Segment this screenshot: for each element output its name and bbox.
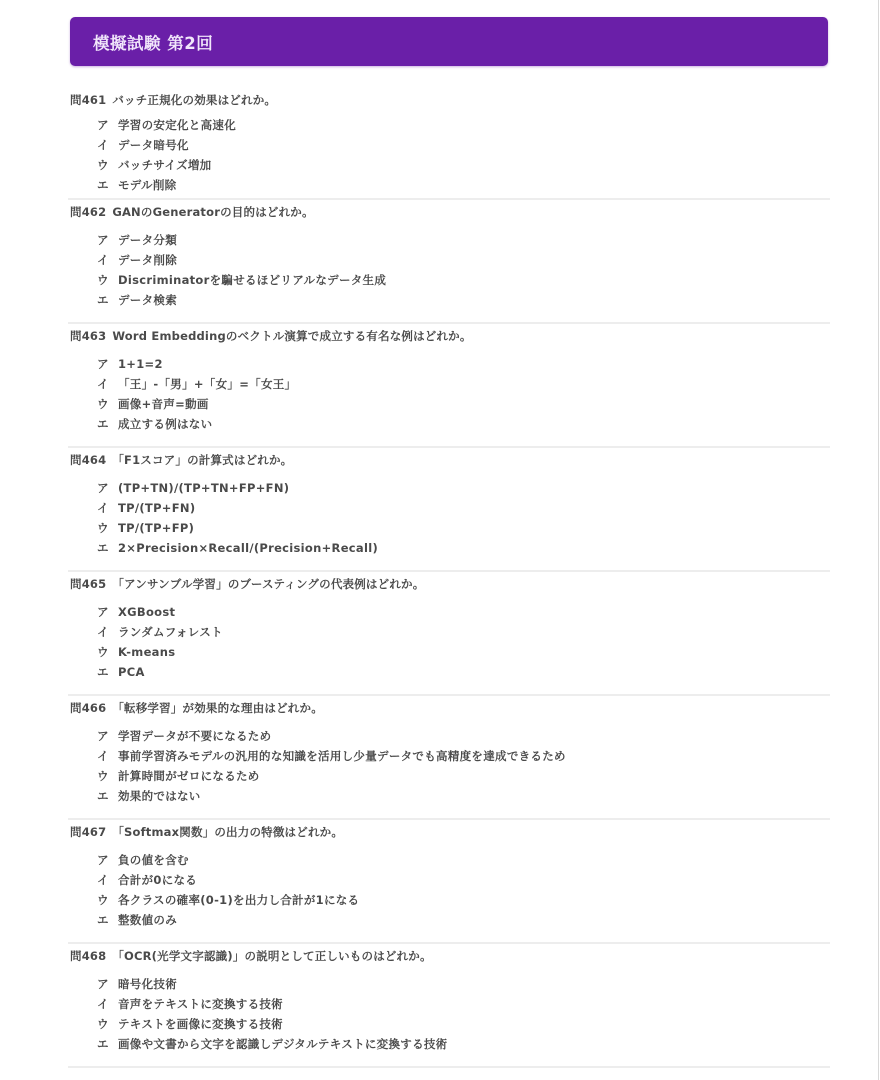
- option-u: ウバッチサイズ増加: [97, 155, 236, 175]
- option-text: 各クラスの確率(0-1)を出力し合計が1になる: [118, 890, 359, 910]
- exam-title: 模擬試験 第2回: [93, 30, 213, 54]
- question-number: 問467: [70, 825, 106, 839]
- option-text: 合計が0になる: [118, 870, 197, 890]
- option-i: イTP/(TP+FN): [97, 498, 378, 518]
- question-461: 問461バッチ正規化の効果はどれか。 ア学習の安定化と高速化 イデータ暗号化 ウ…: [68, 88, 830, 200]
- option-text: 2×Precision×Recall/(Precision+Recall): [118, 538, 378, 558]
- question-heading: 問464「F1スコア」の計算式はどれか。: [70, 452, 292, 468]
- option-text: 学習の安定化と高速化: [118, 115, 236, 135]
- question-number: 問464: [70, 453, 106, 467]
- option-marker: ウ: [97, 394, 118, 414]
- option-list: ア(TP+TN)/(TP+TN+FP+FN) イTP/(TP+FN) ウTP/(…: [97, 478, 378, 558]
- option-marker: エ: [97, 290, 118, 310]
- option-u: ウ各クラスの確率(0-1)を出力し合計が1になる: [97, 890, 359, 910]
- option-i: イ音声をテキストに変換する技術: [97, 994, 447, 1014]
- option-marker: イ: [97, 994, 118, 1014]
- option-i: イデータ暗号化: [97, 135, 236, 155]
- question-text: 「OCR(光学文字認識)」の説明として正しいものはどれか。: [112, 949, 431, 963]
- option-i: イ合計が0になる: [97, 870, 359, 890]
- question-462: 問462GANのGeneratorの目的はどれか。 アデータ分類 イデータ削除 …: [68, 200, 830, 324]
- option-e: エ整数値のみ: [97, 910, 359, 930]
- option-marker: ウ: [97, 890, 118, 910]
- exam-header-banner: 模擬試験 第2回: [70, 17, 828, 66]
- question-466: 問466「転移学習」が効果的な理由はどれか。 ア学習データが不要になるため イ事…: [68, 696, 830, 820]
- option-text: 1+1=2: [118, 354, 163, 374]
- option-i: イランダムフォレスト: [97, 622, 223, 642]
- option-e: エPCA: [97, 662, 223, 682]
- option-marker: エ: [97, 175, 118, 195]
- option-e: エデータ検索: [97, 290, 386, 310]
- option-a: ア暗号化技術: [97, 974, 447, 994]
- option-marker: ウ: [97, 518, 118, 538]
- question-468: 問468「OCR(光学文字認識)」の説明として正しいものはどれか。 ア暗号化技術…: [68, 944, 830, 1068]
- option-marker: エ: [97, 786, 118, 806]
- option-i: イ事前学習済みモデルの汎用的な知識を活用し少量データでも高精度を達成できるため: [97, 746, 566, 766]
- option-text: モデル削除: [118, 175, 176, 195]
- option-a: ア1+1=2: [97, 354, 296, 374]
- option-e: エ効果的ではない: [97, 786, 566, 806]
- option-u: ウTP/(TP+FP): [97, 518, 378, 538]
- option-e: エ2×Precision×Recall/(Precision+Recall): [97, 538, 378, 558]
- option-text: 画像や文書から文字を認識しデジタルテキストに変換する技術: [118, 1034, 447, 1054]
- option-text: PCA: [118, 662, 145, 682]
- option-text: 音声をテキストに変換する技術: [118, 994, 283, 1014]
- option-marker: エ: [97, 538, 118, 558]
- option-marker: ウ: [97, 642, 118, 662]
- option-text: 効果的ではない: [118, 786, 201, 806]
- option-marker: エ: [97, 414, 118, 434]
- option-marker: イ: [97, 622, 118, 642]
- option-marker: イ: [97, 870, 118, 890]
- option-i: イ「王」-「男」+「女」=「女王」: [97, 374, 296, 394]
- option-marker: ア: [97, 850, 118, 870]
- option-text: 成立する例はない: [118, 414, 212, 434]
- question-467: 問467「Softmax関数」の出力の特徴はどれか。 ア負の値を含む イ合計が0…: [68, 820, 830, 944]
- question-heading: 問461バッチ正規化の効果はどれか。: [70, 92, 276, 108]
- option-text: バッチサイズ増加: [118, 155, 211, 175]
- option-a: ア学習データが不要になるため: [97, 726, 566, 746]
- question-text: 「転移学習」が効果的な理由はどれか。: [112, 701, 323, 715]
- option-text: XGBoost: [118, 602, 175, 622]
- option-text: 暗号化技術: [118, 974, 177, 994]
- option-marker: イ: [97, 498, 118, 518]
- question-list: 問461バッチ正規化の効果はどれか。 ア学習の安定化と高速化 イデータ暗号化 ウ…: [68, 88, 830, 1068]
- question-465: 問465「アンサンブル学習」のブースティングの代表例はどれか。 アXGBoost…: [68, 572, 830, 696]
- question-text: Word Embeddingのベクトル演算で成立する有名な例はどれか。: [112, 329, 471, 343]
- option-list: ア1+1=2 イ「王」-「男」+「女」=「女王」 ウ画像+音声=動画 エ成立する…: [97, 354, 296, 434]
- question-text: 「F1スコア」の計算式はどれか。: [112, 453, 292, 467]
- question-number: 問466: [70, 701, 106, 715]
- option-marker: イ: [97, 374, 118, 394]
- option-list: ア学習の安定化と高速化 イデータ暗号化 ウバッチサイズ増加 エモデル削除: [97, 115, 236, 195]
- option-list: ア負の値を含む イ合計が0になる ウ各クラスの確率(0-1)を出力し合計が1にな…: [97, 850, 359, 930]
- option-marker: ア: [97, 726, 118, 746]
- question-heading: 問466「転移学習」が効果的な理由はどれか。: [70, 700, 323, 716]
- option-text: Discriminatorを騙せるほどリアルなデータ生成: [118, 270, 386, 290]
- option-marker: ウ: [97, 270, 118, 290]
- option-e: エモデル削除: [97, 175, 236, 195]
- option-text: TP/(TP+FN): [118, 498, 195, 518]
- option-marker: ア: [97, 974, 118, 994]
- question-heading: 問465「アンサンブル学習」のブースティングの代表例はどれか。: [70, 576, 424, 592]
- option-u: ウ画像+音声=動画: [97, 394, 296, 414]
- option-text: 「王」-「男」+「女」=「女王」: [118, 374, 296, 394]
- option-text: 計算時間がゼロになるため: [118, 766, 260, 786]
- option-list: ア学習データが不要になるため イ事前学習済みモデルの汎用的な知識を活用し少量デー…: [97, 726, 566, 806]
- option-a: ア(TP+TN)/(TP+TN+FP+FN): [97, 478, 378, 498]
- option-marker: ア: [97, 115, 118, 135]
- option-marker: イ: [97, 250, 118, 270]
- option-list: アデータ分類 イデータ削除 ウDiscriminatorを騙せるほどリアルなデー…: [97, 230, 386, 310]
- option-u: ウテキストを画像に変換する技術: [97, 1014, 447, 1034]
- option-text: データ検索: [118, 290, 177, 310]
- option-text: 整数値のみ: [118, 910, 177, 930]
- option-text: データ暗号化: [118, 135, 189, 155]
- option-e: エ画像や文書から文字を認識しデジタルテキストに変換する技術: [97, 1034, 447, 1054]
- option-marker: ア: [97, 602, 118, 622]
- question-464: 問464「F1スコア」の計算式はどれか。 ア(TP+TN)/(TP+TN+FP+…: [68, 448, 830, 572]
- question-text: 「アンサンブル学習」のブースティングの代表例はどれか。: [112, 577, 424, 591]
- option-text: TP/(TP+FP): [118, 518, 194, 538]
- option-e: エ成立する例はない: [97, 414, 296, 434]
- question-number: 問461: [70, 93, 106, 107]
- option-marker: エ: [97, 910, 118, 930]
- option-i: イデータ削除: [97, 250, 386, 270]
- question-heading: 問463Word Embeddingのベクトル演算で成立する有名な例はどれか。: [70, 328, 472, 344]
- option-text: ランダムフォレスト: [118, 622, 223, 642]
- option-a: アXGBoost: [97, 602, 223, 622]
- option-text: 事前学習済みモデルの汎用的な知識を活用し少量データでも高精度を達成できるため: [118, 746, 566, 766]
- option-text: データ削除: [118, 250, 177, 270]
- option-marker: ア: [97, 354, 118, 374]
- option-u: ウ計算時間がゼロになるため: [97, 766, 566, 786]
- option-text: 負の値を含む: [118, 850, 189, 870]
- question-text: 「Softmax関数」の出力の特徴はどれか。: [112, 825, 343, 839]
- question-number: 問465: [70, 577, 106, 591]
- option-marker: イ: [97, 746, 118, 766]
- option-text: 画像+音声=動画: [118, 394, 209, 414]
- option-u: ウDiscriminatorを騙せるほどリアルなデータ生成: [97, 270, 386, 290]
- question-number: 問468: [70, 949, 106, 963]
- question-heading: 問462GANのGeneratorの目的はどれか。: [70, 204, 314, 220]
- question-text: GANのGeneratorの目的はどれか。: [112, 205, 313, 219]
- option-marker: ウ: [97, 1014, 118, 1034]
- option-text: (TP+TN)/(TP+TN+FP+FN): [118, 478, 289, 498]
- option-text: テキストを画像に変換する技術: [118, 1014, 283, 1034]
- question-heading: 問467「Softmax関数」の出力の特徴はどれか。: [70, 824, 343, 840]
- question-463: 問463Word Embeddingのベクトル演算で成立する有名な例はどれか。 …: [68, 324, 830, 448]
- question-number: 問462: [70, 205, 106, 219]
- option-text: K-means: [118, 642, 175, 662]
- option-marker: エ: [97, 662, 118, 682]
- option-list: アXGBoost イランダムフォレスト ウK-means エPCA: [97, 602, 223, 682]
- option-marker: ウ: [97, 155, 118, 175]
- option-marker: ア: [97, 478, 118, 498]
- option-marker: エ: [97, 1034, 118, 1054]
- option-list: ア暗号化技術 イ音声をテキストに変換する技術 ウテキストを画像に変換する技術 エ…: [97, 974, 447, 1054]
- option-text: データ分類: [118, 230, 177, 250]
- option-a: ア負の値を含む: [97, 850, 359, 870]
- option-text: 学習データが不要になるため: [118, 726, 271, 746]
- option-a: ア学習の安定化と高速化: [97, 115, 236, 135]
- question-heading: 問468「OCR(光学文字認識)」の説明として正しいものはどれか。: [70, 948, 432, 964]
- option-marker: イ: [97, 135, 118, 155]
- option-u: ウK-means: [97, 642, 223, 662]
- question-number: 問463: [70, 329, 106, 343]
- option-a: アデータ分類: [97, 230, 386, 250]
- page-edge-line: [878, 0, 879, 1080]
- option-marker: ア: [97, 230, 118, 250]
- option-marker: ウ: [97, 766, 118, 786]
- question-text: バッチ正規化の効果はどれか。: [112, 93, 276, 107]
